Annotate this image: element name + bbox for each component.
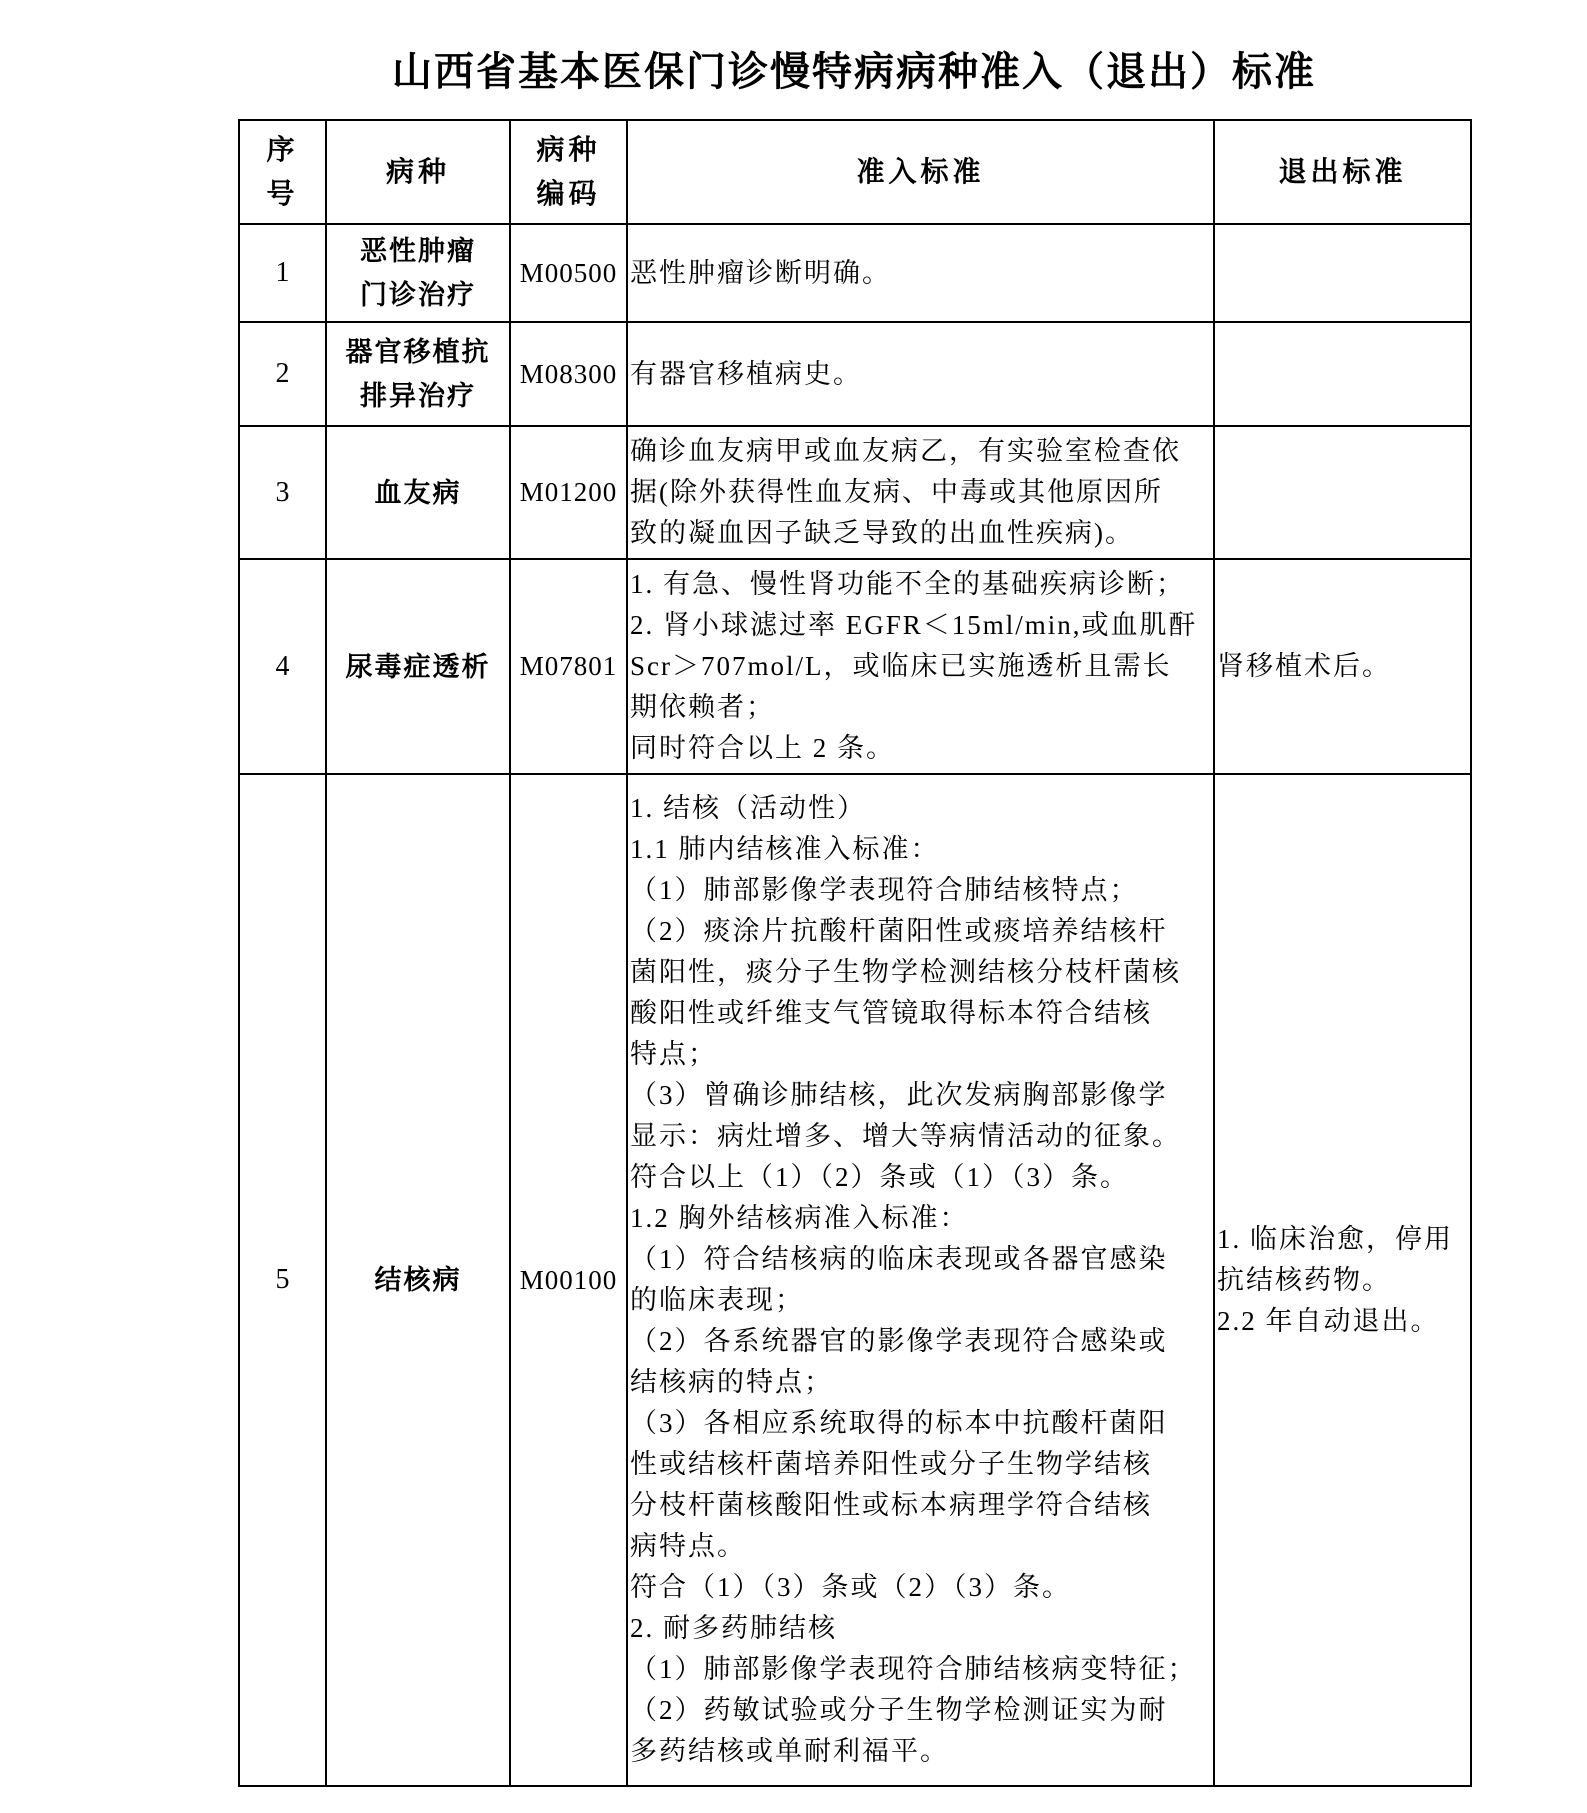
exit-standard-line: 抗结核药物。 <box>1217 1260 1468 1301</box>
table-row: 2器官移植抗排异治疗M08300有器官移植病史。 <box>239 322 1471 426</box>
page-title: 山西省基本医保门诊慢特病病种准入（退出）标准 <box>238 40 1470 97</box>
table-row: 5结核病M001001. 结核（活动性）1.1 肺内结核准入标准：（1）肺部影像… <box>239 774 1471 1786</box>
exit-standard-line: 1. 临床治愈，停用 <box>1217 1219 1468 1260</box>
admission-standard-line: 1. 结核（活动性） <box>630 788 1211 829</box>
admission-standard-line: （1）肺部影像学表现符合肺结核特点； <box>630 870 1211 911</box>
disease-name-line: 结核病 <box>329 1258 507 1302</box>
table-header-row: 序号病种病种编码准入标准退出标准 <box>239 120 1471 224</box>
column-header-exit: 退出标准 <box>1214 120 1471 224</box>
disease-name-cell: 结核病 <box>326 774 510 1786</box>
disease-name-cell: 血友病 <box>326 426 510 559</box>
admission-standard-line: 符合以上（1）（2）条或（1）（3）条。 <box>630 1157 1211 1198</box>
disease-name-line: 恶性肿瘤 <box>329 229 507 273</box>
admission-standard-line: 性或结核杆菌培养阳性或分子生物学结核 <box>630 1444 1211 1485</box>
disease-name-cell: 尿毒症透析 <box>326 559 510 774</box>
admission-standard-line: 结核病的特点； <box>630 1362 1211 1403</box>
exit-standard-cell <box>1214 224 1471 322</box>
column-header-index: 序号 <box>239 120 326 224</box>
column-header-label: 准入标准 <box>630 150 1211 194</box>
table-body: 1恶性肿瘤门诊治疗M00500恶性肿瘤诊断明确。2器官移植抗排异治疗M08300… <box>239 224 1471 1786</box>
column-header-code: 病种编码 <box>510 120 627 224</box>
disease-name-line: 门诊治疗 <box>329 273 507 317</box>
disease-code-cell: M07801 <box>510 559 627 774</box>
table-row: 1恶性肿瘤门诊治疗M00500恶性肿瘤诊断明确。 <box>239 224 1471 322</box>
disease-code-cell: M00500 <box>510 224 627 322</box>
standards-table: 序号病种病种编码准入标准退出标准 1恶性肿瘤门诊治疗M00500恶性肿瘤诊断明确… <box>238 119 1472 1787</box>
admission-standard-cell: 确诊血友病甲或血友病乙，有实验室检查依据(除外获得性血友病、中毒或其他原因所致的… <box>627 426 1214 559</box>
admission-standard-line: 特点； <box>630 1034 1211 1075</box>
disease-code-cell: M01200 <box>510 426 627 559</box>
admission-standard-line: （3）曾确诊肺结核，此次发病胸部影像学 <box>630 1075 1211 1116</box>
admission-standard-line: 确诊血友病甲或血友病乙，有实验室检查依 <box>630 431 1211 472</box>
admission-standard-line: 同时符合以上 2 条。 <box>630 728 1211 769</box>
admission-standard-line: 有器官移植病史。 <box>630 354 1211 395</box>
disease-name-line: 血友病 <box>329 471 507 515</box>
column-header-label: 序 <box>242 128 323 172</box>
admission-standard-line: （1）肺部影像学表现符合肺结核病变特征； <box>630 1649 1211 1690</box>
admission-standard-line: （2）药敏试验或分子生物学检测证实为耐 <box>630 1690 1211 1731</box>
admission-standard-line: 1.1 肺内结核准入标准： <box>630 829 1211 870</box>
admission-standard-line: 多药结核或单耐利福平。 <box>630 1731 1211 1772</box>
admission-standard-line: 2. 耐多药肺结核 <box>630 1608 1211 1649</box>
admission-standard-line: 病特点。 <box>630 1526 1211 1567</box>
admission-standard-line: Scr＞707mol/L，或临床已实施透析且需长 <box>630 646 1211 687</box>
row-index-cell: 1 <box>239 224 326 322</box>
admission-standard-cell: 恶性肿瘤诊断明确。 <box>627 224 1214 322</box>
table-row: 3血友病M01200确诊血友病甲或血友病乙，有实验室检查依据(除外获得性血友病、… <box>239 426 1471 559</box>
column-header-label: 病种 <box>329 150 507 194</box>
exit-standard-cell: 1. 临床治愈，停用抗结核药物。2.2 年自动退出。 <box>1214 774 1471 1786</box>
row-index-cell: 4 <box>239 559 326 774</box>
row-index-cell: 5 <box>239 774 326 1786</box>
exit-standard-cell <box>1214 322 1471 426</box>
column-header-label: 号 <box>242 172 323 216</box>
admission-standard-line: 菌阳性，痰分子生物学检测结核分枝杆菌核 <box>630 952 1211 993</box>
disease-name-line: 尿毒症透析 <box>329 645 507 689</box>
admission-standard-line: 分枝杆菌核酸阳性或标本病理学符合结核 <box>630 1485 1211 1526</box>
disease-name-line: 器官移植抗 <box>329 330 507 374</box>
column-header-disease: 病种 <box>326 120 510 224</box>
admission-standard-line: 1. 有急、慢性肾功能不全的基础疾病诊断； <box>630 564 1211 605</box>
column-header-admission: 准入标准 <box>627 120 1214 224</box>
admission-standard-line: （2）各系统器官的影像学表现符合感染或 <box>630 1321 1211 1362</box>
admission-standard-line: 酸阳性或纤维支气管镜取得标本符合结核 <box>630 993 1211 1034</box>
disease-name-cell: 恶性肿瘤门诊治疗 <box>326 224 510 322</box>
admission-standard-line: 恶性肿瘤诊断明确。 <box>630 253 1211 294</box>
admission-standard-line: （1）符合结核病的临床表现或各器官感染 <box>630 1239 1211 1280</box>
admission-standard-line: 1.2 胸外结核病准入标准： <box>630 1198 1211 1239</box>
column-header-label: 病种 <box>513 128 624 172</box>
column-header-label: 退出标准 <box>1217 150 1468 194</box>
disease-name-line: 排异治疗 <box>329 374 507 418</box>
column-header-label: 编码 <box>513 172 624 216</box>
admission-standard-line: 符合（1）（3）条或（2）（3）条。 <box>630 1567 1211 1608</box>
admission-standard-line: （3）各相应系统取得的标本中抗酸杆菌阳 <box>630 1403 1211 1444</box>
exit-standard-line: 肾移植术后。 <box>1217 646 1468 687</box>
row-index-cell: 2 <box>239 322 326 426</box>
admission-standard-line: 期依赖者； <box>630 687 1211 728</box>
disease-name-cell: 器官移植抗排异治疗 <box>326 322 510 426</box>
document-page: 山西省基本医保门诊慢特病病种准入（退出）标准 序号病种病种编码准入标准退出标准 … <box>238 40 1470 1787</box>
admission-standard-line: 致的凝血因子缺乏导致的出血性疾病)。 <box>630 513 1211 554</box>
disease-code-cell: M08300 <box>510 322 627 426</box>
disease-code-cell: M00100 <box>510 774 627 1786</box>
admission-standard-line: （2）痰涂片抗酸杆菌阳性或痰培养结核杆 <box>630 911 1211 952</box>
admission-standard-cell: 1. 结核（活动性）1.1 肺内结核准入标准：（1）肺部影像学表现符合肺结核特点… <box>627 774 1214 1786</box>
table-row: 4尿毒症透析M078011. 有急、慢性肾功能不全的基础疾病诊断；2. 肾小球滤… <box>239 559 1471 774</box>
exit-standard-line: 2.2 年自动退出。 <box>1217 1301 1468 1342</box>
admission-standard-line: 的临床表现； <box>630 1280 1211 1321</box>
admission-standard-cell: 1. 有急、慢性肾功能不全的基础疾病诊断；2. 肾小球滤过率 EGFR＜15ml… <box>627 559 1214 774</box>
exit-standard-cell <box>1214 426 1471 559</box>
admission-standard-cell: 有器官移植病史。 <box>627 322 1214 426</box>
admission-standard-line: 据(除外获得性血友病、中毒或其他原因所 <box>630 472 1211 513</box>
row-index-cell: 3 <box>239 426 326 559</box>
admission-standard-line: 显示：病灶增多、增大等病情活动的征象。 <box>630 1116 1211 1157</box>
admission-standard-line: 2. 肾小球滤过率 EGFR＜15ml/min,或血肌酐 <box>630 605 1211 646</box>
exit-standard-cell: 肾移植术后。 <box>1214 559 1471 774</box>
